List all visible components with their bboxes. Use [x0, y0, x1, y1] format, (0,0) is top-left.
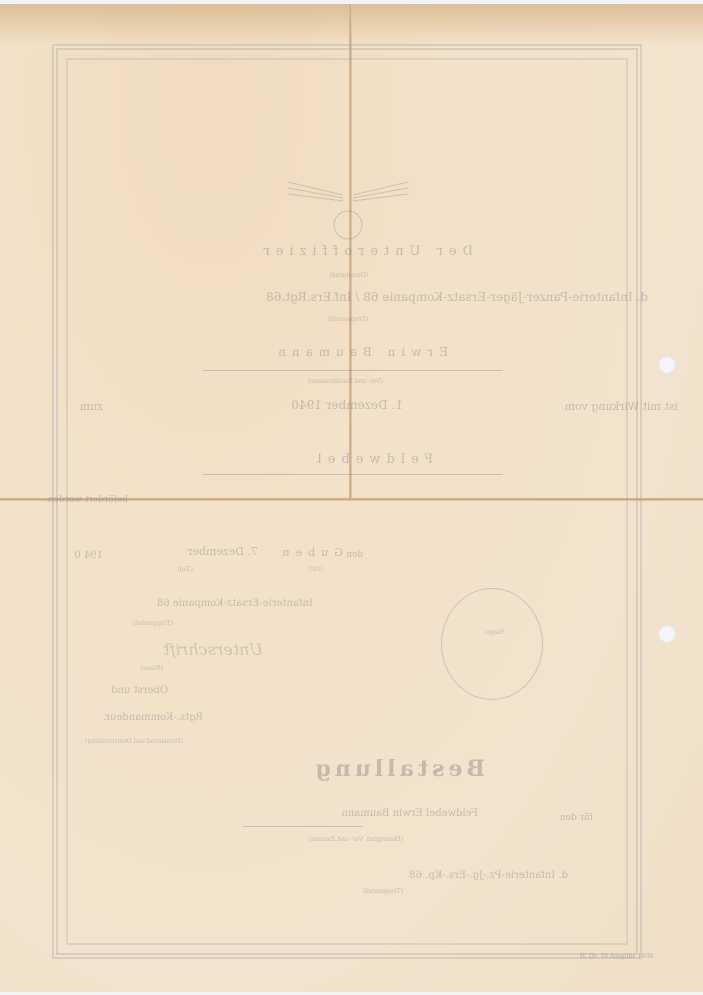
- signer-label: (Dienstgrad und Dienststellung): [85, 738, 183, 745]
- name-label: (Vor- und Familienname): [308, 378, 383, 385]
- year-text: 194 0: [74, 550, 103, 561]
- unit-label: (Truppenteil): [328, 316, 368, 323]
- place-label: (Ort): [308, 566, 323, 573]
- date-prefix: den: [346, 550, 363, 560]
- eagle-emblem-icon: [283, 170, 413, 250]
- for-prefix: für den: [560, 813, 593, 823]
- seal-stamp: Siegel: [441, 588, 543, 700]
- signer-rank: Oberst und: [111, 685, 168, 696]
- date-text: 7. Dezember: [187, 545, 258, 558]
- promoted-text: befördert worden.: [45, 495, 128, 505]
- effective-prefix: ist mit Wirkung vom: [565, 400, 678, 413]
- signer-title: Rgts.-Kommandeur.: [103, 712, 203, 723]
- unit-text: d. Infanterie-Panzer-Jäger-Ersatz-Kompan…: [266, 290, 648, 304]
- footer-print-code: H. Dv. 10 Ausgabe 1939: [580, 953, 653, 960]
- for-unit-label: (Truppenteil): [363, 888, 403, 895]
- for-name: Feldwebel Erwin Baumann: [341, 808, 478, 819]
- for-label: (Dienstgrad, Vor- und Zuname): [308, 836, 403, 843]
- place-text: Guben: [276, 546, 343, 559]
- effective-suffix: zum: [80, 400, 103, 413]
- for-unit: d. Infanterie-Pz.-Jg.-Ers.-Kp. 68: [409, 870, 568, 881]
- show-through-text: Der Unteroffizier (Dienstgrad) d. Infant…: [0, 0, 703, 995]
- signature: Unterschrift: [163, 640, 263, 659]
- date-label: (Tag): [177, 566, 193, 573]
- rank-label: (Dienstgrad): [330, 272, 368, 279]
- issuer-unit: Infanterie-Ersatz-Kompanie 68: [157, 598, 313, 609]
- signature-label: (Name): [140, 665, 163, 672]
- name-text: Erwin Baumann: [272, 345, 448, 359]
- rank-text: Der Unteroffizier: [258, 244, 473, 259]
- issuer-label: (Truppenteil): [133, 620, 173, 627]
- new-rank-text: Feldwebel: [312, 452, 433, 467]
- effective-date: 1. Dezember 1940: [291, 398, 403, 412]
- heading-text: Bestallung: [312, 756, 485, 782]
